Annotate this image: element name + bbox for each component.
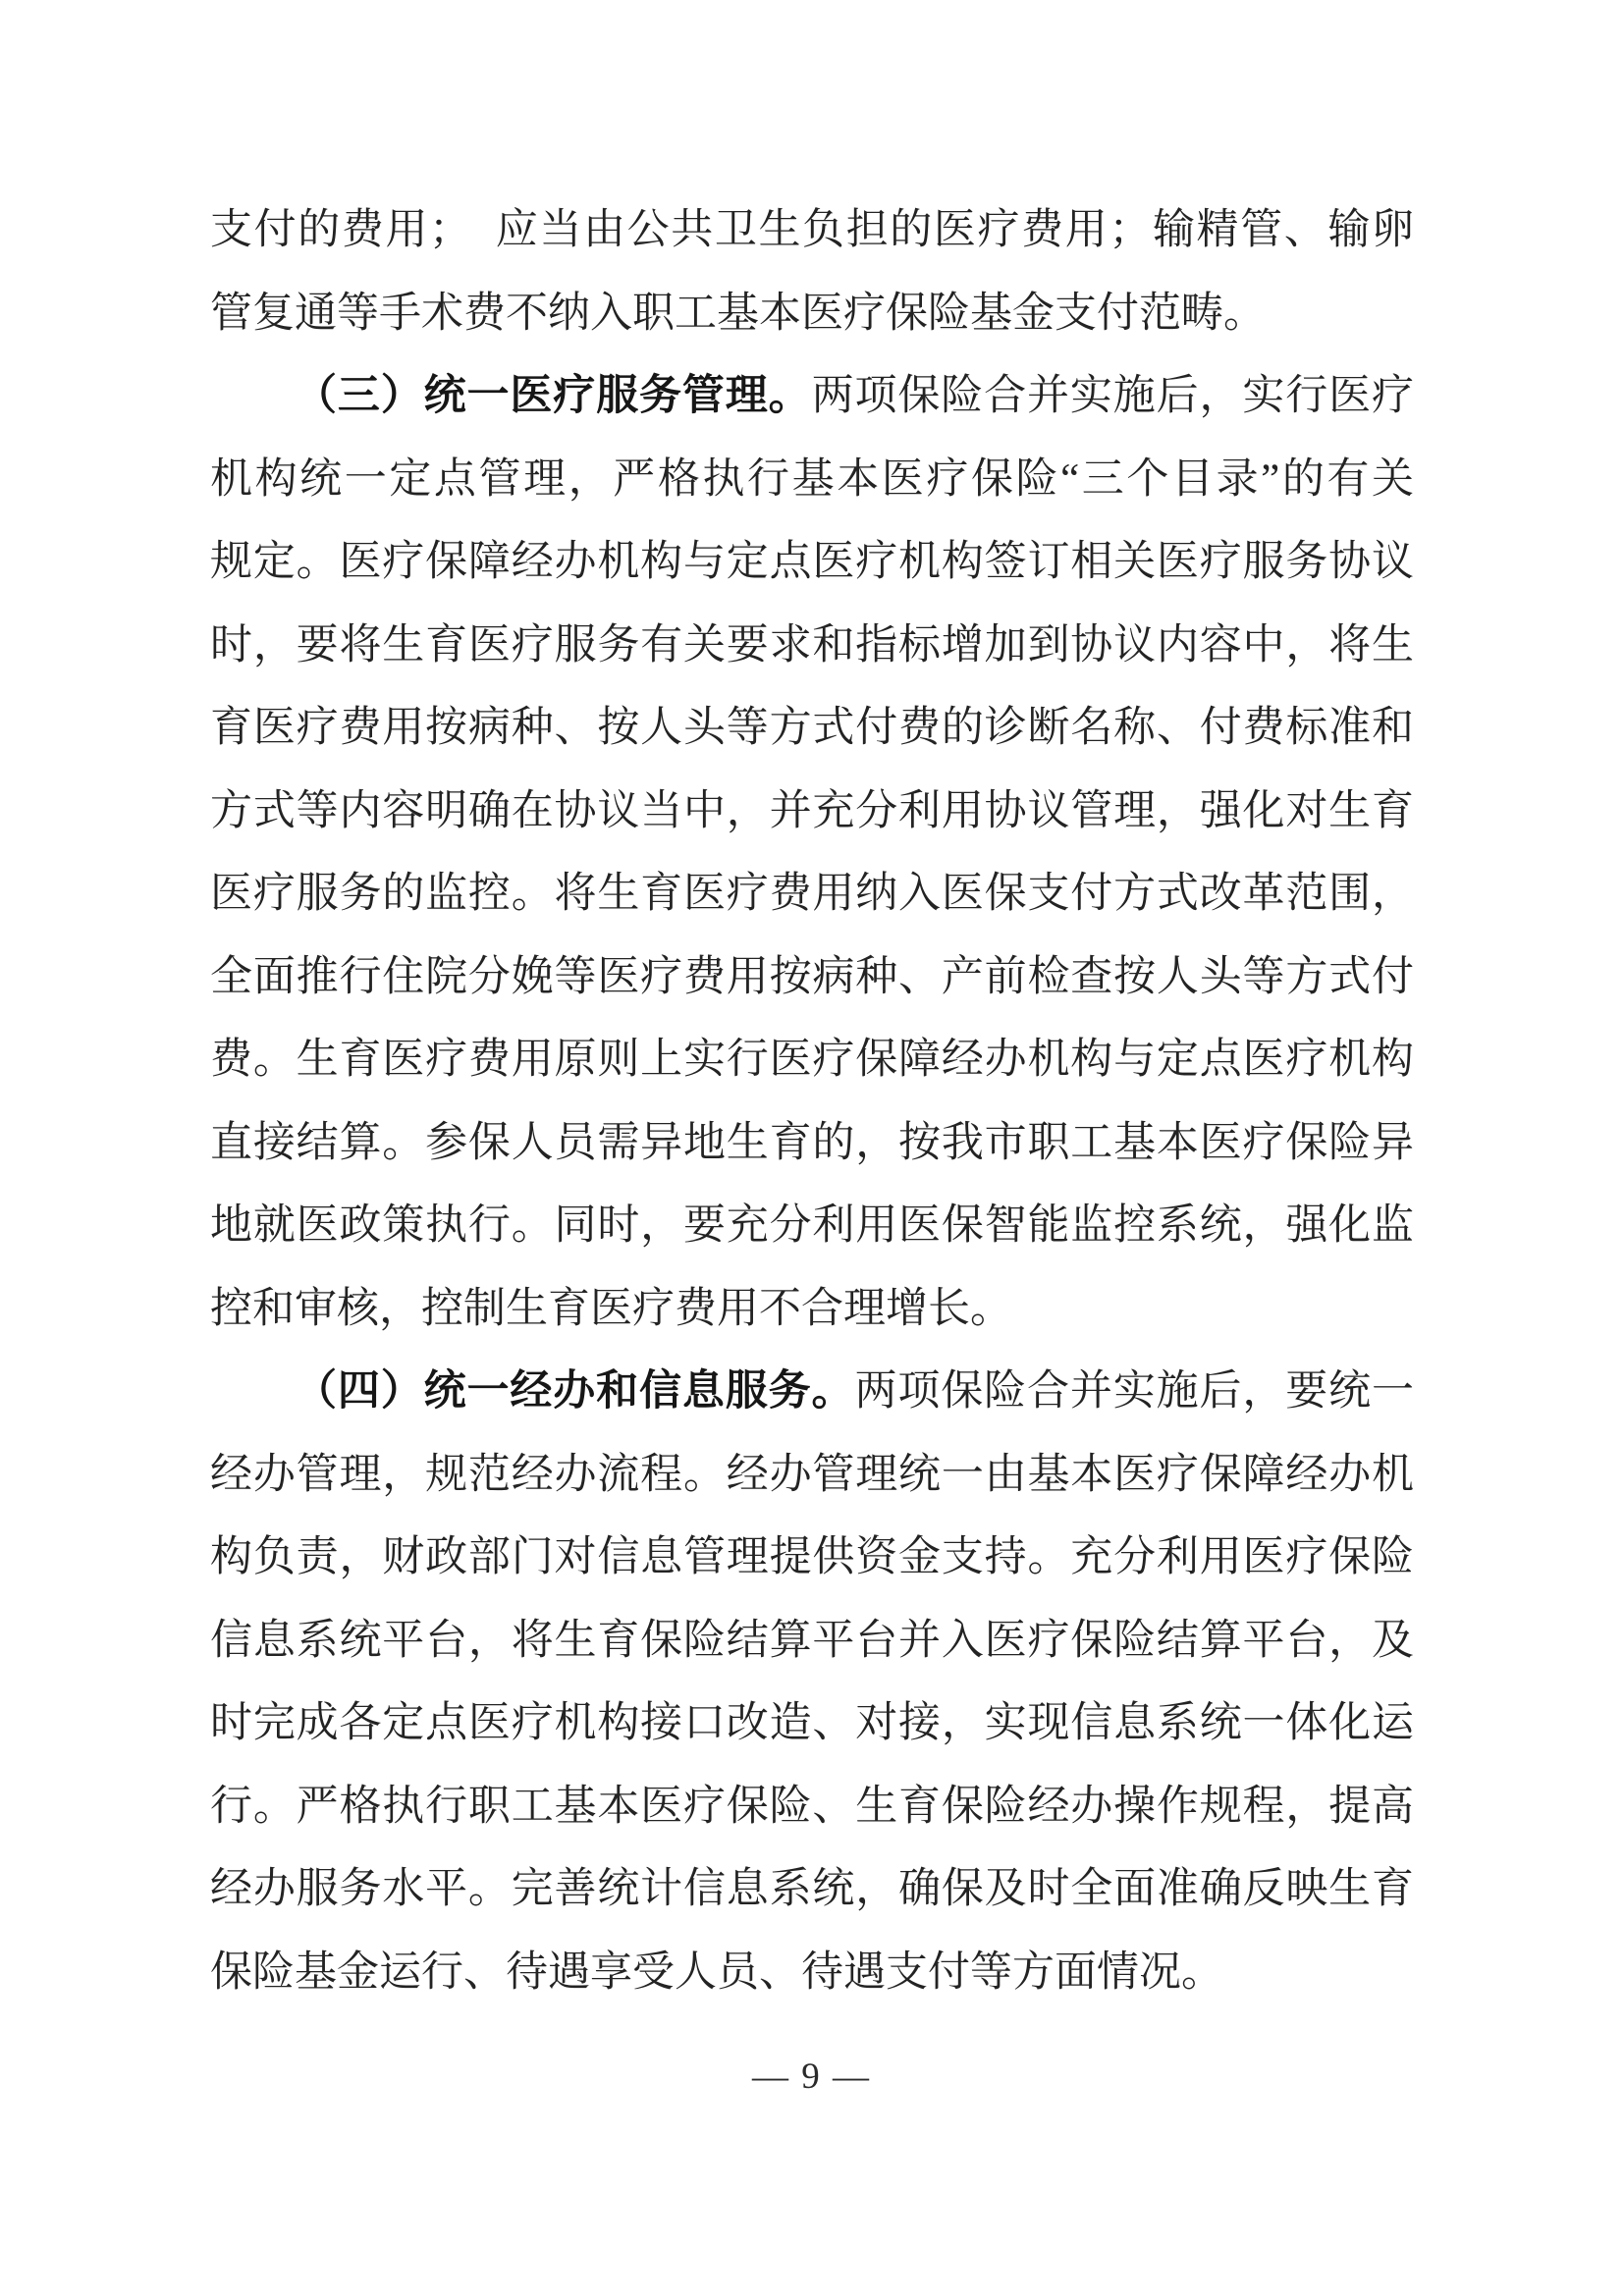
text-line: 构负责，财政部门对信息管理提供资金支持。充分利用医疗保险: [210, 1517, 1414, 1600]
body-text-segment: 经办管理，规范经办流程。经办管理统一由基本医疗保障经办机: [210, 1452, 1414, 1498]
text-line: 全面推行住院分娩等医疗费用按病种、产前检查按人头等方式付: [210, 936, 1414, 1020]
text-line: 管复通等手术费不纳入职工基本医疗保险基金支付范畴。: [210, 273, 1414, 356]
body-text-segment: 机构统一定点管理，严格执行基本医疗保险“三个目录”的有关: [210, 456, 1414, 503]
body-text-segment: 直接结算。参保人员需异地生育的，按我市职工基本医疗保险异: [210, 1120, 1414, 1166]
text-line: 医疗服务的监控。将生育医疗费用纳入医保支付方式改革范围，: [210, 853, 1414, 936]
text-line: 保险基金运行、待遇享受人员、待遇支付等方面情况。: [210, 1932, 1414, 2015]
body-text-segment: 保险基金运行、待遇享受人员、待遇支付等方面情况。: [210, 1949, 1223, 1996]
text-line: 规定。医疗保障经办机构与定点医疗机构签订相关医疗服务协议: [210, 521, 1414, 605]
text-line: 直接结算。参保人员需异地生育的，按我市职工基本医疗保险异: [210, 1102, 1414, 1186]
text-line: 经办管理，规范经办流程。经办管理统一由基本医疗保障经办机: [210, 1434, 1414, 1518]
body-text-segment: 行。严格执行职工基本医疗保险、生育保险经办操作规程，提高: [210, 1784, 1414, 1830]
text-line: 机构统一定点管理，严格执行基本医疗保险“三个目录”的有关: [210, 439, 1414, 522]
body-text-segment: 控和审核，控制生育医疗费用不合理增长。: [210, 1286, 1012, 1332]
body-text-segment: 信息系统平台，将生育保险结算平台并入医疗保险结算平台，及: [210, 1618, 1414, 1664]
body-text-segment: 方式等内容明确在协议当中，并充分利用协议管理，强化对生育: [210, 788, 1414, 834]
body-text-segment: 两项保险合并实施后，要统一: [854, 1368, 1414, 1415]
document-body: 支付的费用； 应当由公共卫生负担的医疗费用；输精管、输卵管复通等手术费不纳入职工…: [210, 189, 1414, 2014]
text-line: 经办服务水平。完善统计信息系统，确保及时全面准确反映生育: [210, 1848, 1414, 1932]
text-line: 方式等内容明确在协议当中，并充分利用协议管理，强化对生育: [210, 771, 1414, 854]
text-line: 育医疗费用按病种、按人头等方式付费的诊断名称、付费标准和: [210, 687, 1414, 771]
body-text-segment: 时，要将生育医疗服务有关要求和指标增加到协议内容中，将生: [210, 622, 1414, 668]
body-text-segment: 构负责，财政部门对信息管理提供资金支持。充分利用医疗保险: [210, 1534, 1414, 1580]
text-line: 控和审核，控制生育医疗费用不合理增长。: [210, 1268, 1414, 1352]
text-line: 费。生育医疗费用原则上实行医疗保障经办机构与定点医疗机构: [210, 1019, 1414, 1102]
text-line: 支付的费用； 应当由公共卫生负担的医疗费用；输精管、输卵: [210, 189, 1414, 273]
body-text-segment: 两项保险合并实施后，实行医疗: [812, 373, 1414, 419]
text-line: 时完成各定点医疗机构接口改造、对接，实现信息系统一体化运: [210, 1682, 1414, 1766]
body-text-segment: 支付的费用； 应当由公共卫生负担的医疗费用；输精管、输卵: [210, 207, 1414, 253]
body-text-segment: 管复通等手术费不纳入职工基本医疗保险基金支付范畴。: [210, 291, 1266, 337]
body-text-segment: 费。生育医疗费用原则上实行医疗保障经办机构与定点医疗机构: [210, 1037, 1414, 1083]
body-text-segment: 地就医政策执行。同时，要充分利用医保智能监控系统，强化监: [210, 1202, 1414, 1249]
page-number: — 9 —: [0, 2050, 1623, 2105]
body-text-segment: 育医疗费用按病种、按人头等方式付费的诊断名称、付费标准和: [210, 705, 1414, 751]
text-line: 时，要将生育医疗服务有关要求和指标增加到协议内容中，将生: [210, 605, 1414, 688]
text-line: 地就医政策执行。同时，要充分利用医保智能监控系统，强化监: [210, 1185, 1414, 1268]
body-text-segment: 全面推行住院分娩等医疗费用按病种、产前检查按人头等方式付: [210, 954, 1414, 1000]
body-text-segment: 医疗服务的监控。将生育医疗费用纳入医保支付方式改革范围，: [210, 871, 1414, 917]
text-line: 行。严格执行职工基本医疗保险、生育保险经办操作规程，提高: [210, 1766, 1414, 1849]
section-heading-segment: （三）统一医疗服务管理。: [295, 373, 812, 419]
body-text-segment: 经办服务水平。完善统计信息系统，确保及时全面准确反映生育: [210, 1866, 1414, 1912]
text-line: （四）统一经办和信息服务。两项保险合并实施后，要统一: [210, 1351, 1414, 1434]
section-heading-segment: （四）统一经办和信息服务。: [295, 1368, 854, 1415]
text-line: （三）统一医疗服务管理。两项保险合并实施后，实行医疗: [210, 355, 1414, 439]
text-line: 信息系统平台，将生育保险结算平台并入医疗保险结算平台，及: [210, 1600, 1414, 1683]
body-text-segment: 时完成各定点医疗机构接口改造、对接，实现信息系统一体化运: [210, 1700, 1414, 1746]
body-text-segment: 规定。医疗保障经办机构与定点医疗机构签订相关医疗服务协议: [210, 539, 1414, 585]
document-page: 支付的费用； 应当由公共卫生负担的医疗费用；输精管、输卵管复通等手术费不纳入职工…: [0, 0, 1623, 2296]
